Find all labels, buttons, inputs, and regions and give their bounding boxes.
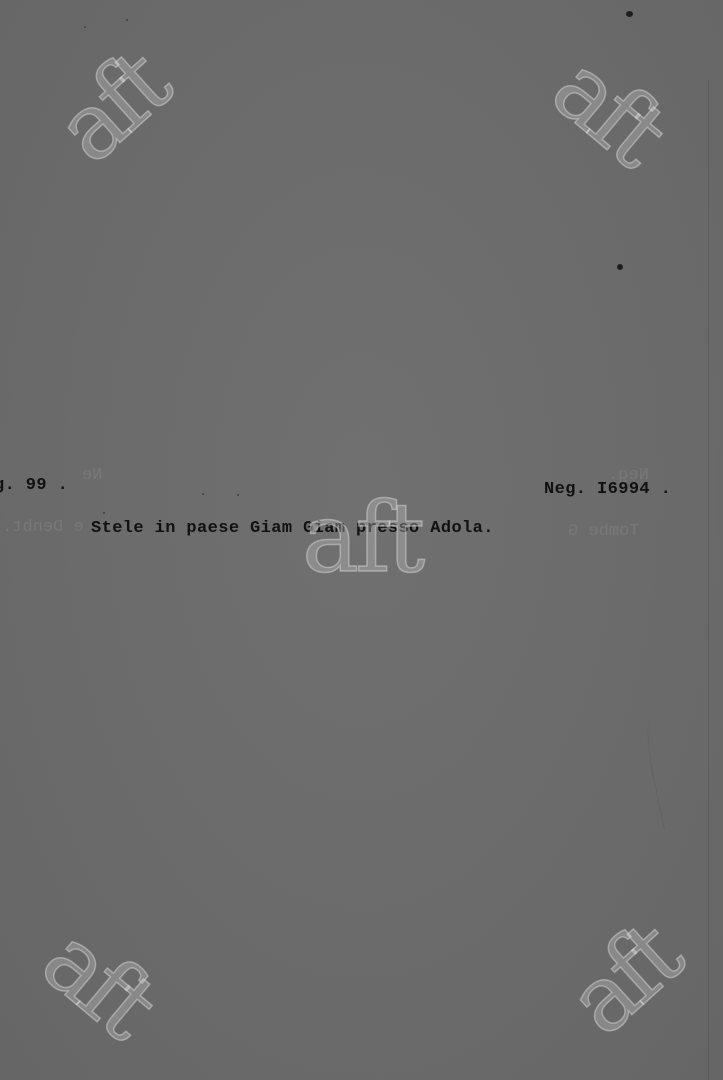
dust-speck [626,11,633,17]
dust-speck [126,19,128,21]
watermark-logo: aft [302,490,421,586]
dust-speck [84,26,86,28]
dust-speck [237,494,239,496]
bleed-through-text: Tombe G [568,522,639,541]
dust-speck [103,512,105,514]
dust-speck [202,493,204,495]
caption: Stele in paese Giam Giam presso Adola. [91,519,494,538]
figure-number: g. 99 . [0,476,68,495]
negative-number: Neg. I6994 . [544,480,671,499]
dust-speck [617,264,623,270]
bleed-through-text: Ne [82,466,102,485]
bleed-through-text: e Denbt. [2,518,84,537]
card-edge-line [708,80,709,1080]
